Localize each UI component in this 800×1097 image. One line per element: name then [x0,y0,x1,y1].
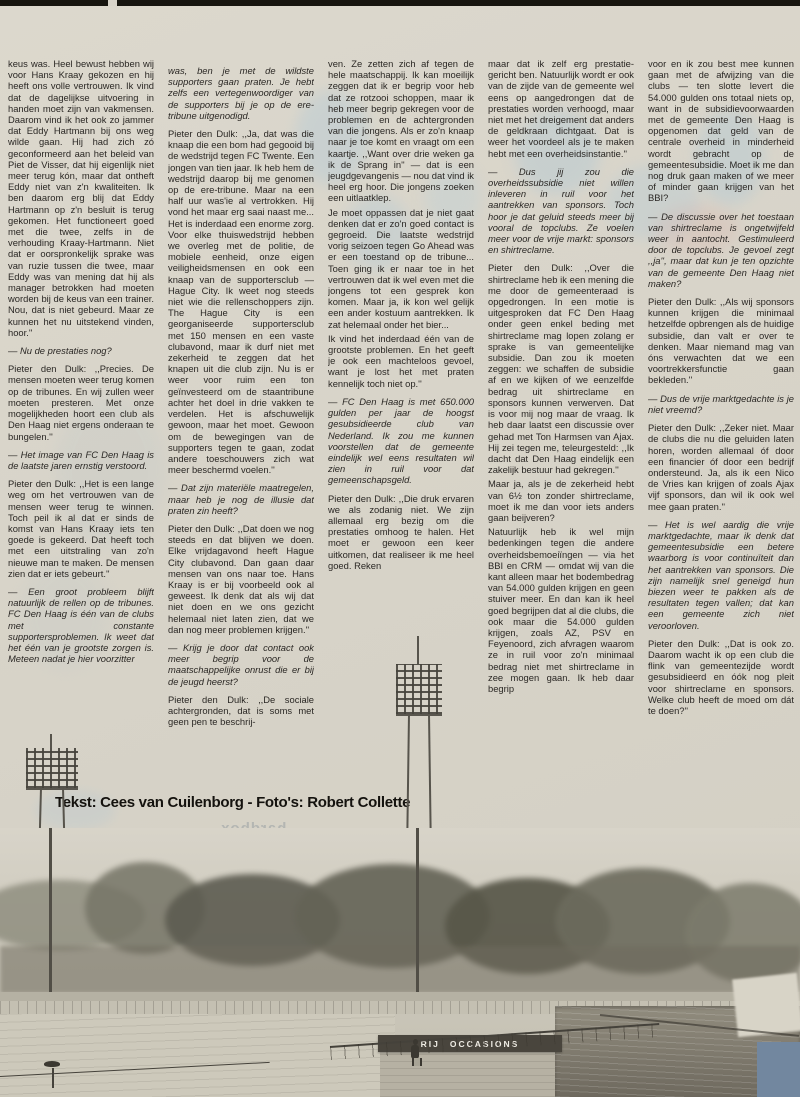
interview-question: — Nu de prestaties nog? [8,345,154,356]
article-column-4: maar dat ik zelf erg prestatie-gericht b… [488,58,634,836]
page-trim-strip [0,0,800,6]
article-column-5: voor en ik zou best mee kunnen gaan met … [648,58,794,836]
interview-question: — FC Den Haag is met 650.000 gulden per … [328,396,474,486]
article-paragraph: Pieter den Dulk: ,,Over die shirtreclame… [488,262,634,475]
person-torso [411,1045,419,1059]
article-paragraph: Ik vind het inderdaad één van de grootst… [328,333,474,389]
credit-line: Tekst: Cees van Cuilenborg - Foto's: Rob… [55,794,525,811]
article-text-columns: keus was. Heel bewust hebben wij voor Ha… [0,58,800,836]
interview-question: was, ben je met de wildste supporters ga… [168,65,314,121]
article-paragraph: Pieter den Dulk: ,,Het is een lange weg … [8,478,154,579]
photo-tree-shadow [0,946,800,994]
interview-question: — Dus de vrije marktgedachte is je niet … [648,393,794,415]
article-column-2: was, ben je met de wildste supporters ga… [168,58,314,836]
interview-question: — Dus jij zou die overheidssubsidie niet… [488,166,634,256]
photo-post [52,1068,54,1088]
floodlight-mast-in-photo [416,828,419,1004]
floodlight-tower-left-head [26,748,78,790]
trim-strip-notch [108,0,117,6]
floodlight-tower-middle-antenna [417,636,419,664]
photo-blue-hoarding [757,1042,800,1097]
interview-question: — Het is wel aardig die vrije marktgedac… [648,519,794,631]
person-legs [412,1058,422,1066]
stadium-photo: RIJ OCCASIONS [0,828,800,1097]
interview-question: — Een groot probleem blijft natuurlijk d… [8,586,154,664]
article-paragraph: Pieter den Dulk: ,,Als wij sponsors kunn… [648,296,794,386]
article-paragraph: Maar ja, als je de zekerheid hebt van 6½… [488,478,634,523]
article-paragraph: Pieter den Dulk: ,,Zeker niet. Maar de c… [648,422,794,512]
interview-question: — De discussie over het toestaan van shi… [648,211,794,289]
article-paragraph: Pieter den Dulk: ,,Die druk ervaren we a… [328,493,474,571]
article-paragraph: Natuurlijk heb ik wel mijn bedenkingen t… [488,526,634,694]
article-paragraph: Pieter den Dulk: ,,Dat is ook zo. Daarom… [648,638,794,716]
article-paragraph: Je moet oppassen dat je niet gaat denken… [328,207,474,330]
article-paragraph: Pieter den Dulk: ,,Ja, dat was die knaap… [168,128,314,475]
article-paragraph: Pieter den Dulk: ,,Dat doen we nog steed… [168,523,314,635]
article-paragraph: keus was. Heel bewust hebben wij voor Ha… [8,58,154,338]
interview-question: — Het image van FC Den Haag is de laatst… [8,449,154,471]
article-paragraph: ven. Ze zetten zich af tegen de hele maa… [328,58,474,204]
article-paragraph: voor en ik zou best mee kunnen gaan met … [648,58,794,204]
article-paragraph: maar dat ik zelf erg prestatie-gericht b… [488,58,634,159]
photo-person-silhouette [408,1038,422,1066]
interview-question: — Krijg je door dat contact ook meer beg… [168,642,314,687]
article-paragraph: Pieter den Dulk: ,,Precies. De mensen mo… [8,363,154,441]
article-column-3: ven. Ze zetten zich af tegen de hele maa… [328,58,474,623]
floodlight-tower-left-antenna [50,734,52,748]
floodlight-tower-middle-head [396,664,442,716]
article-paragraph: Pieter den Dulk: ,,De sociale achtergron… [168,694,314,728]
photo-bird-silhouette [44,1061,60,1067]
article-column-1: keus was. Heel bewust hebben wij voor Ha… [8,58,154,836]
magazine-page: { "colors": { "paper": "#d8d4c9", "ink":… [0,0,800,1097]
photo-sunlit-steps [732,973,800,1037]
interview-question: — Dat zijn materiële maatregelen, maar h… [168,482,314,516]
